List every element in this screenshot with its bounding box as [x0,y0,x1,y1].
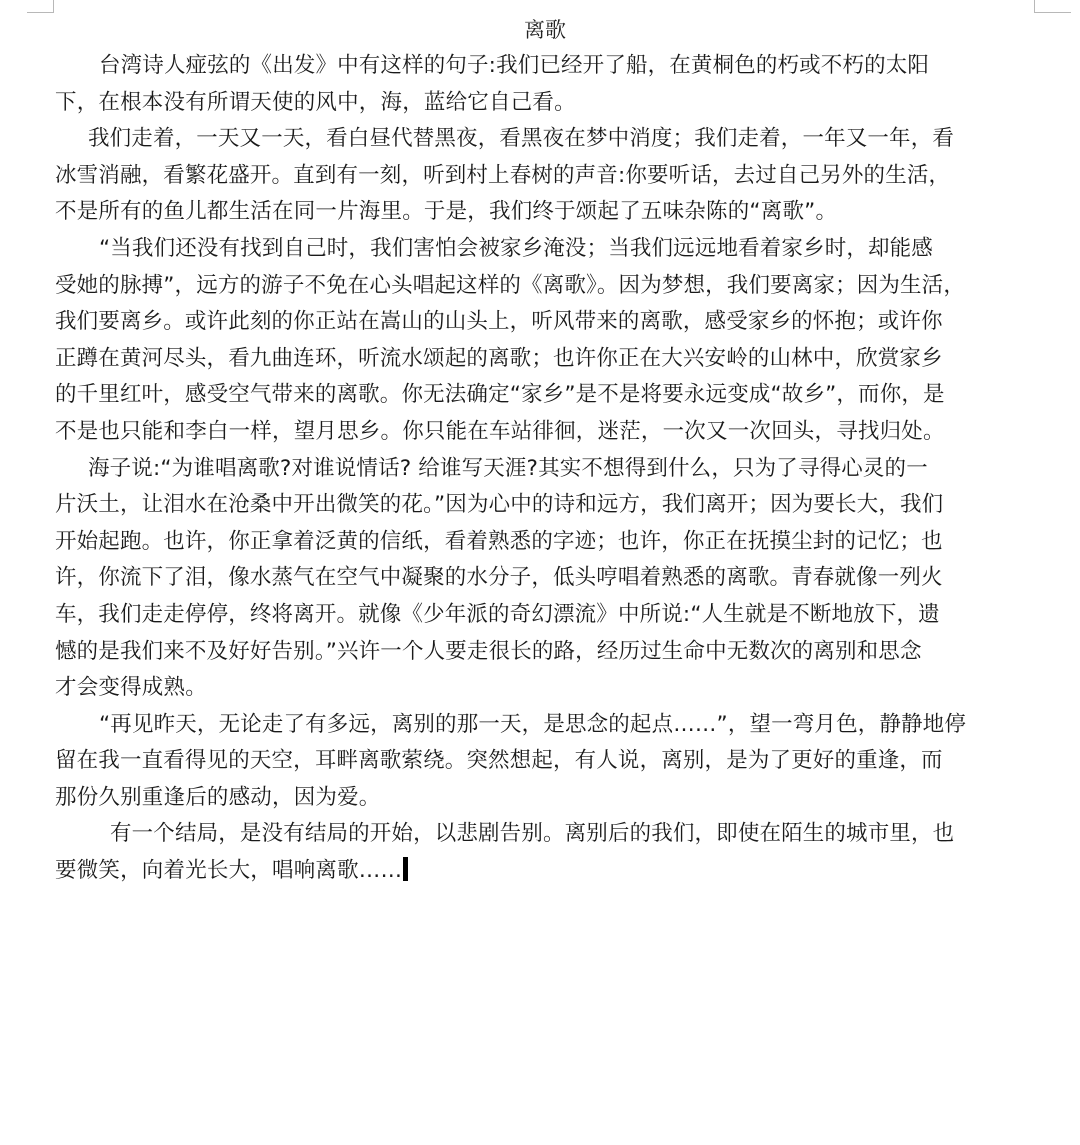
text-cursor [403,857,408,881]
document-page[interactable]: 离歌 台湾诗人痖弦的《出发》中有这样的句子:我们已经开了船，在黄桐色的朽或不朽的… [55,12,1035,890]
margin-corner-mark-right [1034,0,1071,13]
text-line: “当我们还没有找到自己时，我们害怕会被家乡淹没；当我们远远地看着家乡时，却能感 [55,231,1035,268]
paragraph[interactable]: 有一个结局，是没有结局的开始，以悲剧告别。离别后的我们，即使在陌生的城市里，也要… [55,816,1035,889]
text-line: 的千里红叶，感受空气带来的离歌。你无法确定“家乡”是不是将要永远变成“故乡”，而… [55,377,1035,414]
text-line: 片沃土，让泪水在沧桑中开出微笑的花。”因为心中的诗和远方，我们离开；因为要长大，… [55,487,1035,524]
margin-corner-mark-left [27,0,54,13]
text-line: 车，我们走走停停，终将离开。就像《少年派的奇幻漂流》中所说:“人生就是不断地放下… [55,597,1035,634]
text-line: 不是也只能和李白一样，望月思乡。你只能在车站徘徊，迷茫，一次又一次回头，寻找归处… [55,414,1035,451]
text-line: 我们走着，一天又一天，看白昼代替黑夜，看黑夜在梦中消度；我们走着，一年又一年，看 [55,121,1035,158]
document-body[interactable]: 台湾诗人痖弦的《出发》中有这样的句子:我们已经开了船，在黄桐色的朽或不朽的太阳下… [55,48,1035,890]
paragraph[interactable]: “再见昨天，无论走了有多远，离别的那一天，是思念的起点……”，望一弯月色，静静地… [55,707,1035,817]
text-line: “再见昨天，无论走了有多远，离别的那一天，是思念的起点……”，望一弯月色，静静地… [55,707,1035,744]
text-line: 不是所有的鱼儿都生活在同一片海里。于是，我们终于颂起了五味杂陈的“离歌”。 [55,194,1035,231]
text-line: 憾的是我们来不及好好告别。”兴许一个人要走很长的路，经历过生命中无数次的离别和思… [55,634,1035,671]
text-line: 正蹲在黄河尽头，看九曲连环，听流水颂起的离歌；也许你正在大兴安岭的山林中，欣赏家… [55,341,1035,378]
paragraph[interactable]: 我们走着，一天又一天，看白昼代替黑夜，看黑夜在梦中消度；我们走着，一年又一年，看… [55,121,1035,231]
text-line: 下，在根本没有所谓天使的风中，海，蓝给它自己看。 [55,85,1035,122]
text-line: 要微笑，向着光长大，唱响离歌…… [55,853,1035,890]
text-line: 台湾诗人痖弦的《出发》中有这样的句子:我们已经开了船，在黄桐色的朽或不朽的太阳 [55,48,1035,85]
text-line: 冰雪消融，看繁花盛开。直到有一刻，听到村上春树的声音:你要听话，去过自己另外的生… [55,158,1035,195]
text-line: 受她的脉搏”，远方的游子不免在心头唱起这样的《离歌》。因为梦想，我们要离家；因为… [55,268,1035,305]
paragraph[interactable]: 海子说:“为谁唱离歌?对谁说情话? 给谁写天涯?其实不想得到什么，只为了寻得心灵… [55,451,1035,707]
text-line: 海子说:“为谁唱离歌?对谁说情话? 给谁写天涯?其实不想得到什么，只为了寻得心灵… [55,451,1035,488]
document-title[interactable]: 离歌 [55,12,1035,48]
text-line: 有一个结局，是没有结局的开始，以悲剧告别。离别后的我们，即使在陌生的城市里，也 [55,816,1035,853]
paragraph[interactable]: “当我们还没有找到自己时，我们害怕会被家乡淹没；当我们远远地看着家乡时，却能感受… [55,231,1035,451]
text-line: 才会变得成熟。 [55,670,1035,707]
text-line: 许，你流下了泪，像水蒸气在空气中凝聚的水分子，低头哼唱着熟悉的离歌。青春就像一列… [55,560,1035,597]
paragraph[interactable]: 台湾诗人痖弦的《出发》中有这样的句子:我们已经开了船，在黄桐色的朽或不朽的太阳下… [55,48,1035,121]
text-line: 开始起跑。也许，你正拿着泛黄的信纸，看着熟悉的字迹；也许，你正在抚摸尘封的记忆；… [55,524,1035,561]
text-line: 那份久别重逢后的感动，因为爱。 [55,780,1035,817]
text-line: 我们要离乡。或许此刻的你正站在嵩山的山头上，听风带来的离歌，感受家乡的怀抱；或许… [55,304,1035,341]
text-line: 留在我一直看得见的天空，耳畔离歌萦绕。突然想起，有人说，离别，是为了更好的重逢，… [55,743,1035,780]
